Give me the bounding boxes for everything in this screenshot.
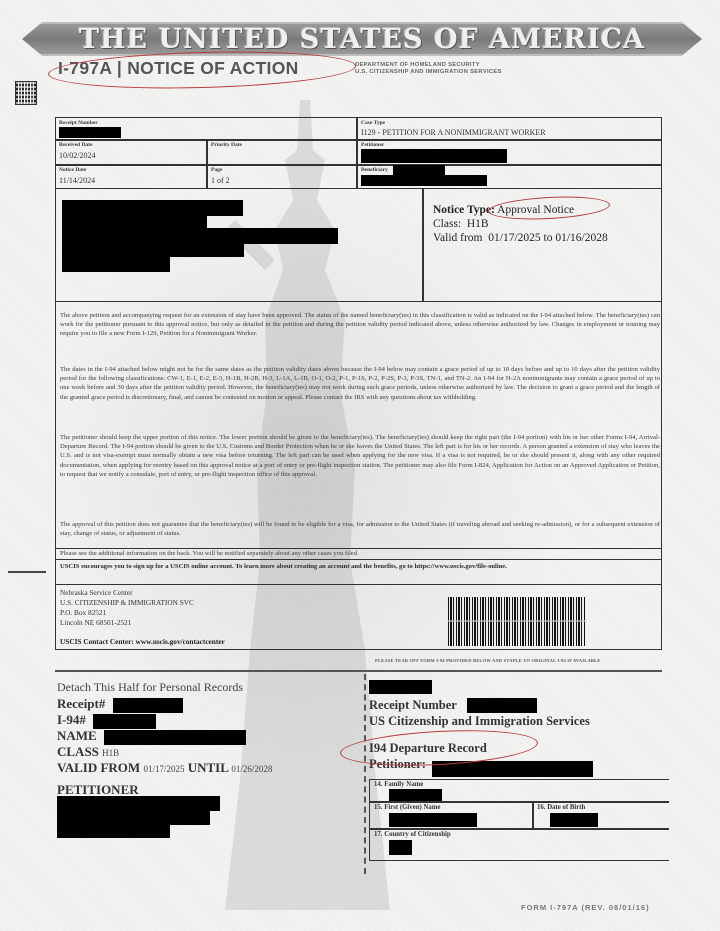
notice-of-action-document: THE UNITED STATES OF AMERICA I-797A | NO… bbox=[0, 0, 720, 931]
case-type-label: Case Type bbox=[361, 120, 385, 126]
divider bbox=[369, 828, 669, 830]
form-revision-footer: FORM I-797A (REV. 08/01/16) bbox=[521, 903, 650, 912]
i94-number-redacted bbox=[369, 680, 432, 694]
name-label: NAME bbox=[57, 728, 97, 743]
petitioner-label-right: Petitioner: bbox=[369, 757, 426, 771]
case-type-value: I129 - PETITION FOR A NONIMMIGRANT WORKE… bbox=[361, 128, 546, 137]
divider bbox=[422, 188, 424, 302]
service-center-address: Nebraska Service Center U.S. CITIZENSHIP… bbox=[60, 588, 194, 628]
receipt-number-label-lower: Receipt Number bbox=[369, 698, 457, 712]
divider bbox=[356, 117, 358, 189]
valid-from-label-lower: VALID FROM bbox=[57, 760, 140, 775]
form-title: I-797A | NOTICE OF ACTION bbox=[58, 58, 299, 79]
i94-row: I-94# bbox=[57, 712, 272, 728]
case-info-table bbox=[55, 117, 662, 189]
petitioner-label-lower: PETITIONER bbox=[57, 782, 139, 797]
barcode-icon bbox=[448, 597, 586, 646]
valid-from-label: Valid from bbox=[433, 232, 483, 244]
beneficiary-redacted-2 bbox=[361, 175, 487, 186]
family-name-label: 14. Family Name bbox=[374, 781, 423, 788]
tear-off-note: PLEASE TEAR OFF FORM I-94 PROVIDED BELOW… bbox=[375, 658, 600, 663]
beneficiary-redacted-1 bbox=[393, 165, 445, 175]
online-account-text[interactable]: USCIS encourages you to sign up for a US… bbox=[60, 562, 620, 571]
received-date-value: 10/02/2024 bbox=[59, 151, 95, 160]
banner-title: THE UNITED STATES OF AMERICA bbox=[79, 24, 645, 55]
departure-record-title: I94 Departure Record bbox=[369, 741, 487, 755]
priority-date-label: Priority Date bbox=[211, 142, 242, 148]
valid-to-value: 01/16/2028 bbox=[555, 232, 607, 244]
petitioner-redacted-lower-1 bbox=[57, 796, 220, 811]
family-name-redacted bbox=[389, 789, 442, 801]
agency-line-2: U.S. CITIZENSHIP AND IMMIGRATION SERVICE… bbox=[355, 69, 502, 76]
agency-lower: US Citizenship and Immigration Services bbox=[369, 714, 590, 728]
address-redacted-4 bbox=[62, 243, 244, 257]
address-redacted-1 bbox=[62, 200, 243, 216]
receipt-number-redacted-lower bbox=[467, 698, 537, 713]
notice-date-label: Notice Date bbox=[59, 167, 86, 173]
header-banner: THE UNITED STATES OF AMERICA bbox=[22, 22, 702, 56]
body-paragraph-4: The approval of this petition does not g… bbox=[60, 520, 660, 538]
divider bbox=[55, 139, 662, 141]
notice-type-value: Approval Notice bbox=[497, 204, 574, 216]
until-value: 01/26/2028 bbox=[231, 764, 272, 774]
dob-redacted bbox=[550, 813, 598, 827]
valid-to-label: to bbox=[544, 232, 553, 244]
petitioner-label: Petitioner bbox=[361, 142, 384, 148]
country-redacted bbox=[389, 840, 412, 855]
address-redacted-3 bbox=[62, 228, 338, 244]
valid-from-value-lower: 01/17/2025 bbox=[143, 764, 184, 774]
until-label: UNTIL bbox=[188, 760, 228, 775]
receipt-number-label: Receipt Number bbox=[59, 120, 98, 126]
address-line-3: P.O. Box 82521 bbox=[60, 608, 194, 618]
notice-details: Notice Type: Approval Notice Class: H1B … bbox=[433, 203, 608, 245]
record-title-row: I94 Departure Record bbox=[369, 740, 590, 756]
valid-from-value: 01/17/2025 bbox=[488, 232, 540, 244]
petitioner-redacted-lower-3 bbox=[57, 824, 170, 838]
receipt-redacted-lower bbox=[113, 698, 183, 713]
address-redacted-5 bbox=[62, 256, 170, 272]
petitioner-redacted bbox=[361, 149, 507, 163]
contact-center-text[interactable]: USCIS Contact Center: www.uscis.gov/cont… bbox=[60, 637, 225, 646]
body-paragraph-2: The dates in the I-94 attached below mig… bbox=[60, 365, 660, 402]
country-label: 17. Country of Citizenship bbox=[374, 831, 451, 838]
received-date-label: Received Date bbox=[59, 142, 92, 148]
valid-row: VALID FROM 01/17/2025 UNTIL 01/26/2028 bbox=[57, 760, 272, 776]
body-paragraph-1: The above petition and accompanying requ… bbox=[60, 311, 660, 339]
class-value-lower: H1B bbox=[102, 748, 119, 758]
receipt-label: Receipt# bbox=[57, 696, 105, 711]
agency-row: US Citizenship and Immigration Services bbox=[369, 713, 590, 729]
tear-line bbox=[55, 670, 662, 672]
body-paragraph-3: The petitioner should keep the upper por… bbox=[60, 433, 660, 479]
agency-line-1: DEPARTMENT OF HOMELAND SECURITY bbox=[355, 62, 502, 69]
class-label: Class: bbox=[433, 218, 461, 230]
i94-fields-box: 14. Family Name 15. First (Given) Name 1… bbox=[369, 779, 669, 861]
address-redacted-2 bbox=[62, 215, 207, 229]
notice-date-value: 11/14/2024 bbox=[59, 176, 95, 185]
address-line-4: Lincoln NE 68501-2521 bbox=[60, 618, 194, 628]
page-value: 1 of 2 bbox=[211, 176, 230, 185]
divider bbox=[55, 164, 662, 166]
qr-code-icon bbox=[16, 82, 36, 104]
page-label: Page bbox=[211, 167, 222, 173]
first-name-label: 15. First (Given) Name bbox=[374, 804, 440, 811]
beneficiary-label: Beneficiary bbox=[361, 167, 388, 173]
divider bbox=[369, 801, 669, 803]
notice-type-label: Notice Type: bbox=[433, 204, 495, 216]
first-name-redacted bbox=[389, 813, 477, 827]
class-row: CLASS H1B bbox=[57, 744, 272, 760]
class-value: H1B bbox=[467, 218, 489, 230]
agency-name: DEPARTMENT OF HOMELAND SECURITY U.S. CIT… bbox=[355, 62, 502, 76]
i94-redacted bbox=[93, 714, 156, 729]
divider bbox=[532, 801, 534, 828]
i94-label: I-94# bbox=[57, 712, 86, 727]
receipt-number-redacted bbox=[59, 127, 121, 138]
name-redacted bbox=[104, 730, 246, 745]
divider bbox=[206, 139, 208, 189]
address-line-2: U.S. CITIZENSHIP & IMMIGRATION SVC bbox=[60, 598, 194, 608]
tear-dashed-line bbox=[364, 674, 366, 874]
class-label-lower: CLASS bbox=[57, 744, 99, 759]
petitioner-redacted-lower-2 bbox=[57, 810, 210, 825]
dob-label: 16. Date of Birth bbox=[537, 804, 585, 811]
personal-records-title: Detach This Half for Personal Records bbox=[57, 680, 272, 695]
petitioner-redacted-right bbox=[432, 761, 593, 777]
address-line-1: Nebraska Service Center bbox=[60, 588, 194, 598]
fold-mark bbox=[8, 571, 46, 573]
additional-info-text: Please see the additional information on… bbox=[60, 550, 359, 557]
